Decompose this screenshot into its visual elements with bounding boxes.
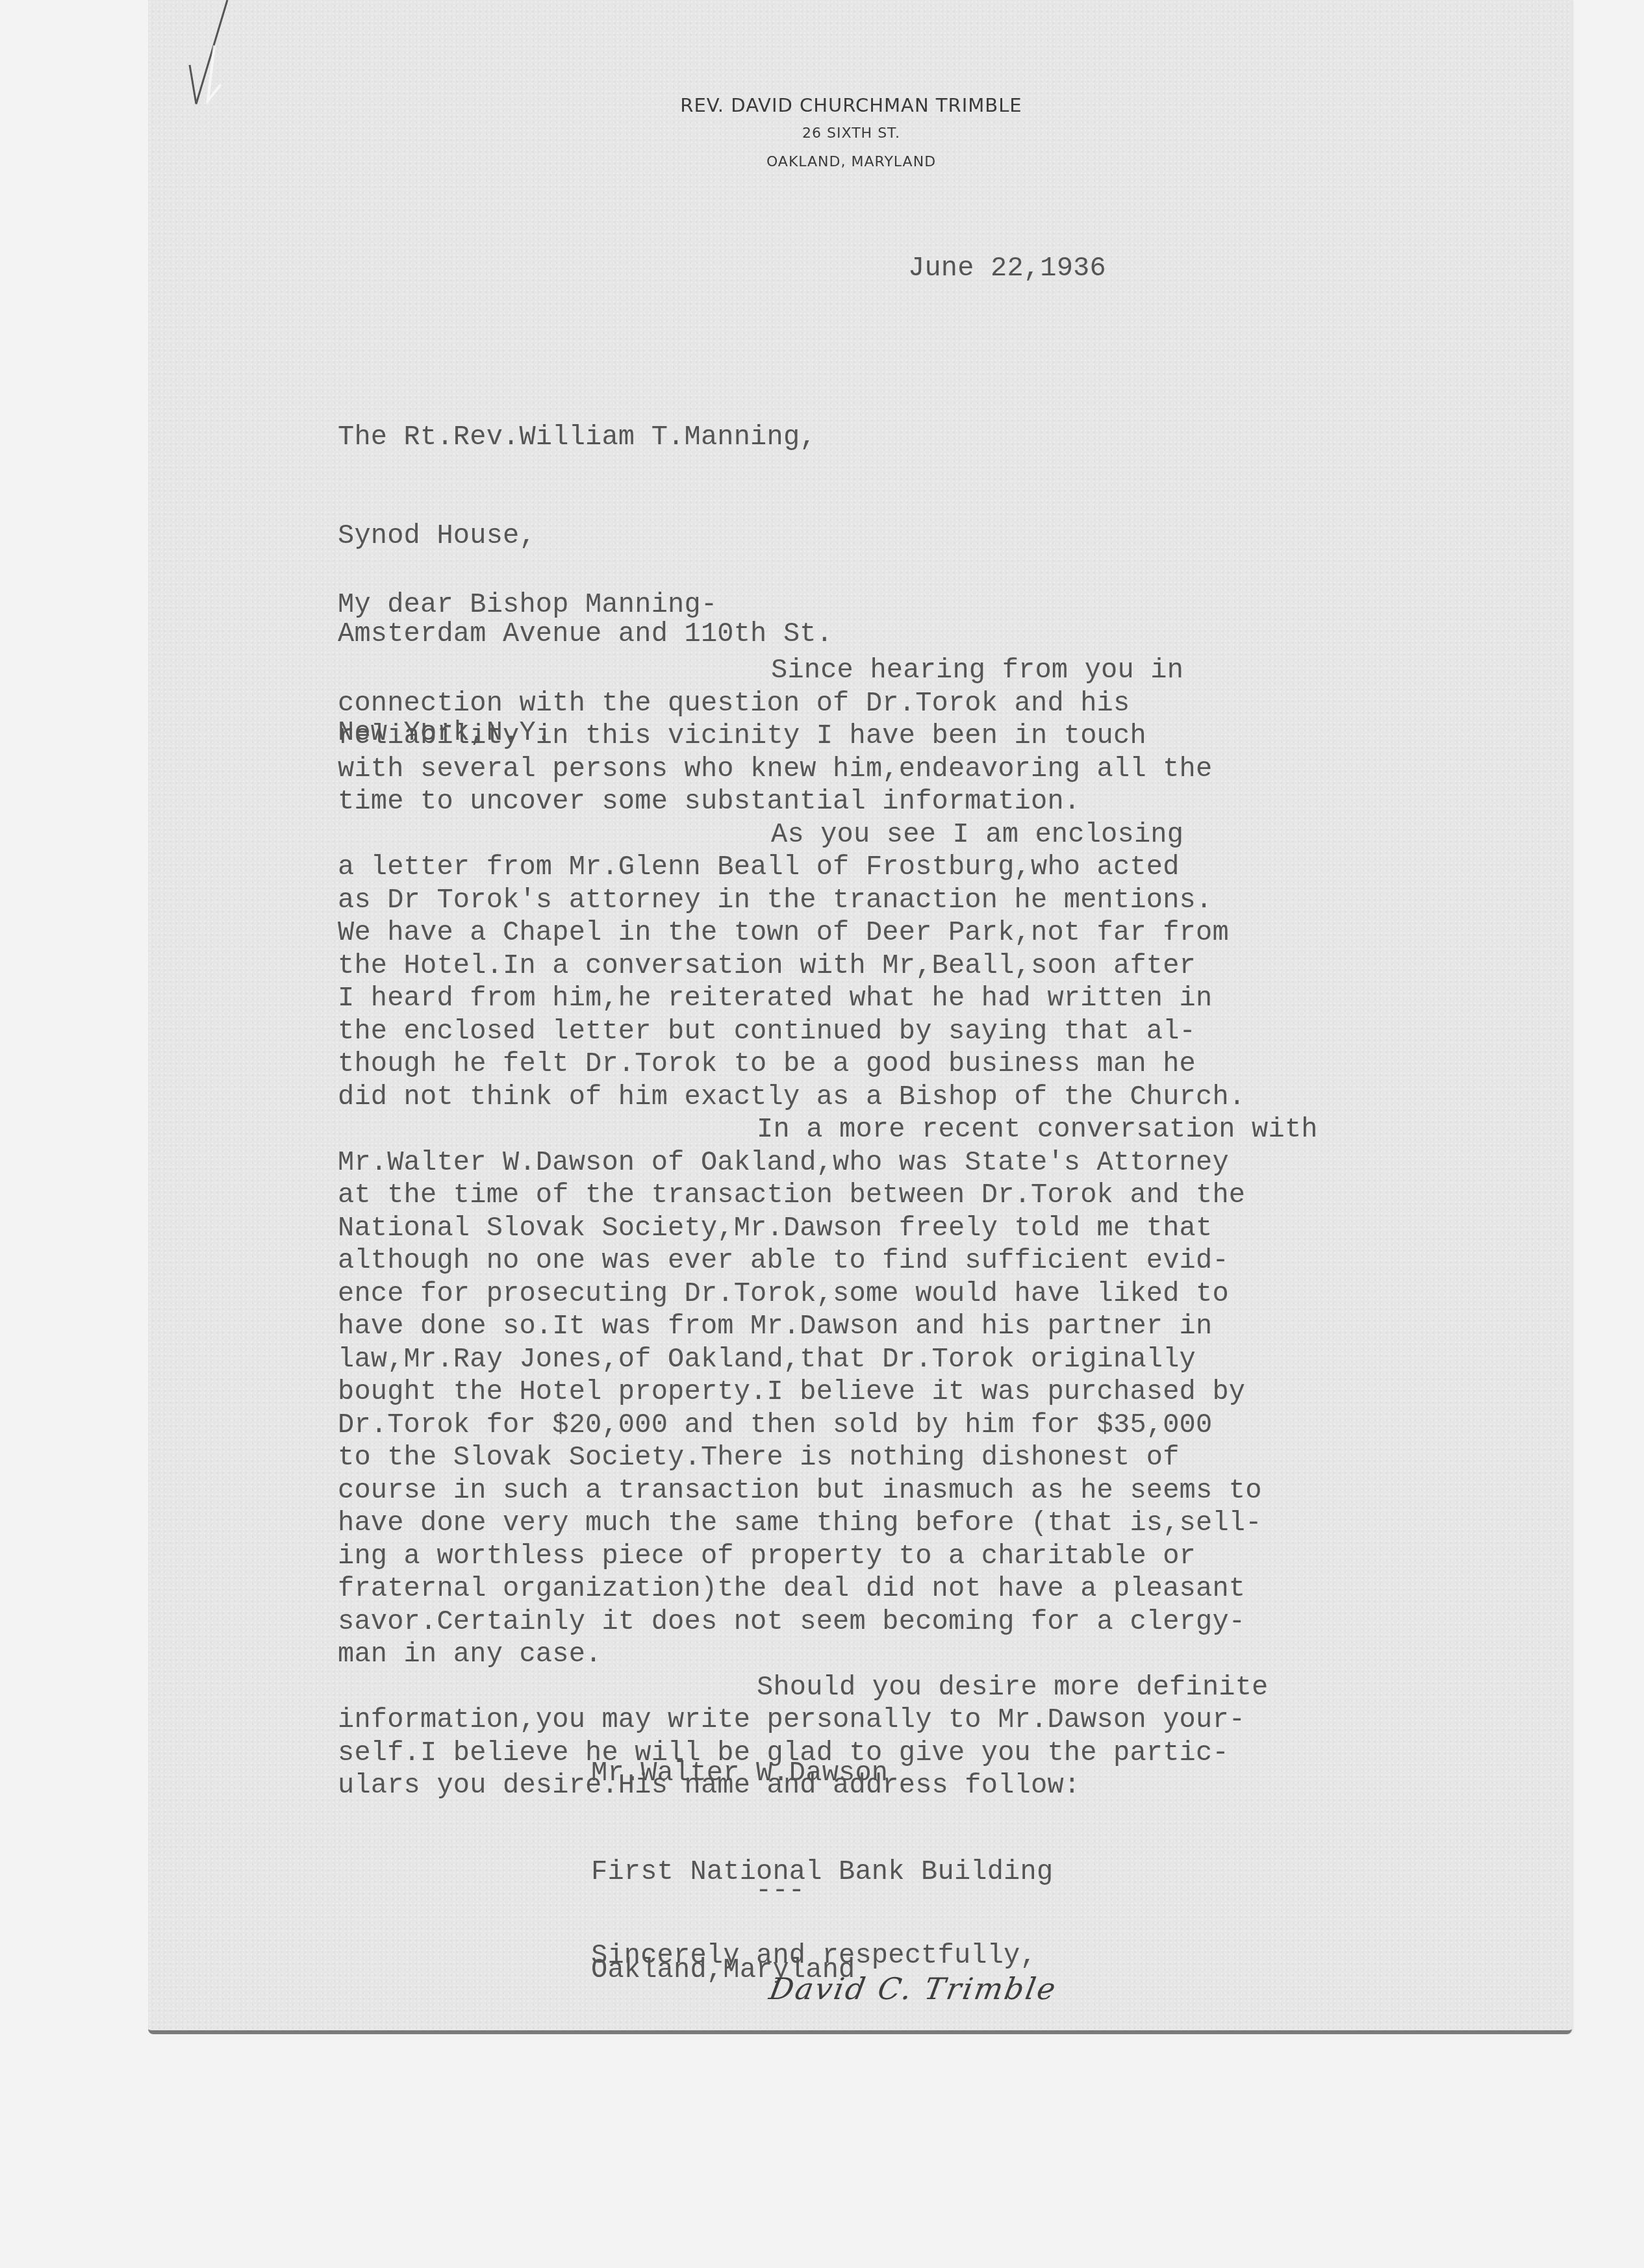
body-line: man in any case. xyxy=(338,1638,1318,1671)
body-line: As you see I am enclosing xyxy=(338,818,1318,851)
body-line: time to uncover some substantial informa… xyxy=(338,785,1318,818)
body-line: I heard from him,he reiterated what he h… xyxy=(338,982,1318,1015)
separator: --- xyxy=(755,1874,805,1908)
body-line: Mr.Walter W.Dawson of Oakland,who was St… xyxy=(338,1146,1318,1179)
body-line: with several persons who knew him,endeav… xyxy=(338,753,1318,786)
letterhead-street: 26 SIXTH ST. xyxy=(58,120,1644,148)
body-line: connection with the question of Dr.Torok… xyxy=(338,687,1318,720)
signature: David C. Trimble xyxy=(766,1971,1060,2006)
body-line: Since hearing from you in xyxy=(338,654,1318,687)
body-line: National Slovak Society,Mr.Dawson freely… xyxy=(338,1212,1318,1245)
salutation: My dear Bishop Manning- xyxy=(338,588,1318,622)
body-line: law,Mr.Ray Jones,of Oakland,that Dr.Toro… xyxy=(338,1343,1318,1376)
body-line: the enclosed letter but continued by say… xyxy=(338,1015,1318,1048)
body-line: did not think of him exactly as a Bishop… xyxy=(338,1081,1318,1114)
body-line: ing a worthless piece of property to a c… xyxy=(338,1540,1318,1573)
closing: Sincerely and respectfully, xyxy=(591,1939,1037,1972)
letter-body: My dear Bishop Manning- Since hearing fr… xyxy=(338,523,1318,1802)
body-line: reliability in this vicinity I have been… xyxy=(338,720,1318,753)
body-line: have done so.It was from Mr.Dawson and h… xyxy=(338,1310,1318,1343)
letterhead: REV. DAVID CHURCHMAN TRIMBLE 26 SIXTH ST… xyxy=(0,91,1644,177)
body-line: at the time of the transaction between D… xyxy=(338,1179,1318,1212)
body-line: though he felt Dr.Torok to be a good bus… xyxy=(338,1048,1318,1081)
address-line: The Rt.Rev.William T.Manning, xyxy=(338,421,833,454)
body-line: savor.Certainly it does not seem becomin… xyxy=(338,1606,1318,1639)
letterhead-name: REV. DAVID CHURCHMAN TRIMBLE xyxy=(58,91,1644,120)
body-line: to the Slovak Society.There is nothing d… xyxy=(338,1441,1318,1474)
body-line: a letter from Mr.Glenn Beall of Frostbur… xyxy=(338,851,1318,884)
body-line: have done very much the same thing befor… xyxy=(338,1507,1318,1540)
body-line: ence for prosecuting Dr.Torok,some would… xyxy=(338,1278,1318,1311)
body-line: as Dr Torok's attorney in the tranaction… xyxy=(338,884,1318,917)
body-line: the Hotel.In a conversation with Mr,Beal… xyxy=(338,950,1318,983)
body-line: fraternal organization)the deal did not … xyxy=(338,1572,1318,1606)
body-line: Dr.Torok for $20,000 and then sold by hi… xyxy=(338,1409,1318,1442)
body-line: In a more recent conversation with xyxy=(338,1113,1318,1146)
recipient-line: First National Bank Building xyxy=(591,1856,1053,1889)
body-line: although no one was ever able to find su… xyxy=(338,1244,1318,1278)
letter-date: June 22,1936 xyxy=(908,252,1106,285)
recipient-line: Mr.Walter W.Dawson xyxy=(591,1757,1053,1790)
body-line: We have a Chapel in the town of Deer Par… xyxy=(338,916,1318,950)
body-line: course in such a transaction but inasmuc… xyxy=(338,1474,1318,1507)
letterhead-city: OAKLAND, MARYLAND xyxy=(58,148,1644,177)
body-line: bought the Hotel property.I believe it w… xyxy=(338,1376,1318,1409)
